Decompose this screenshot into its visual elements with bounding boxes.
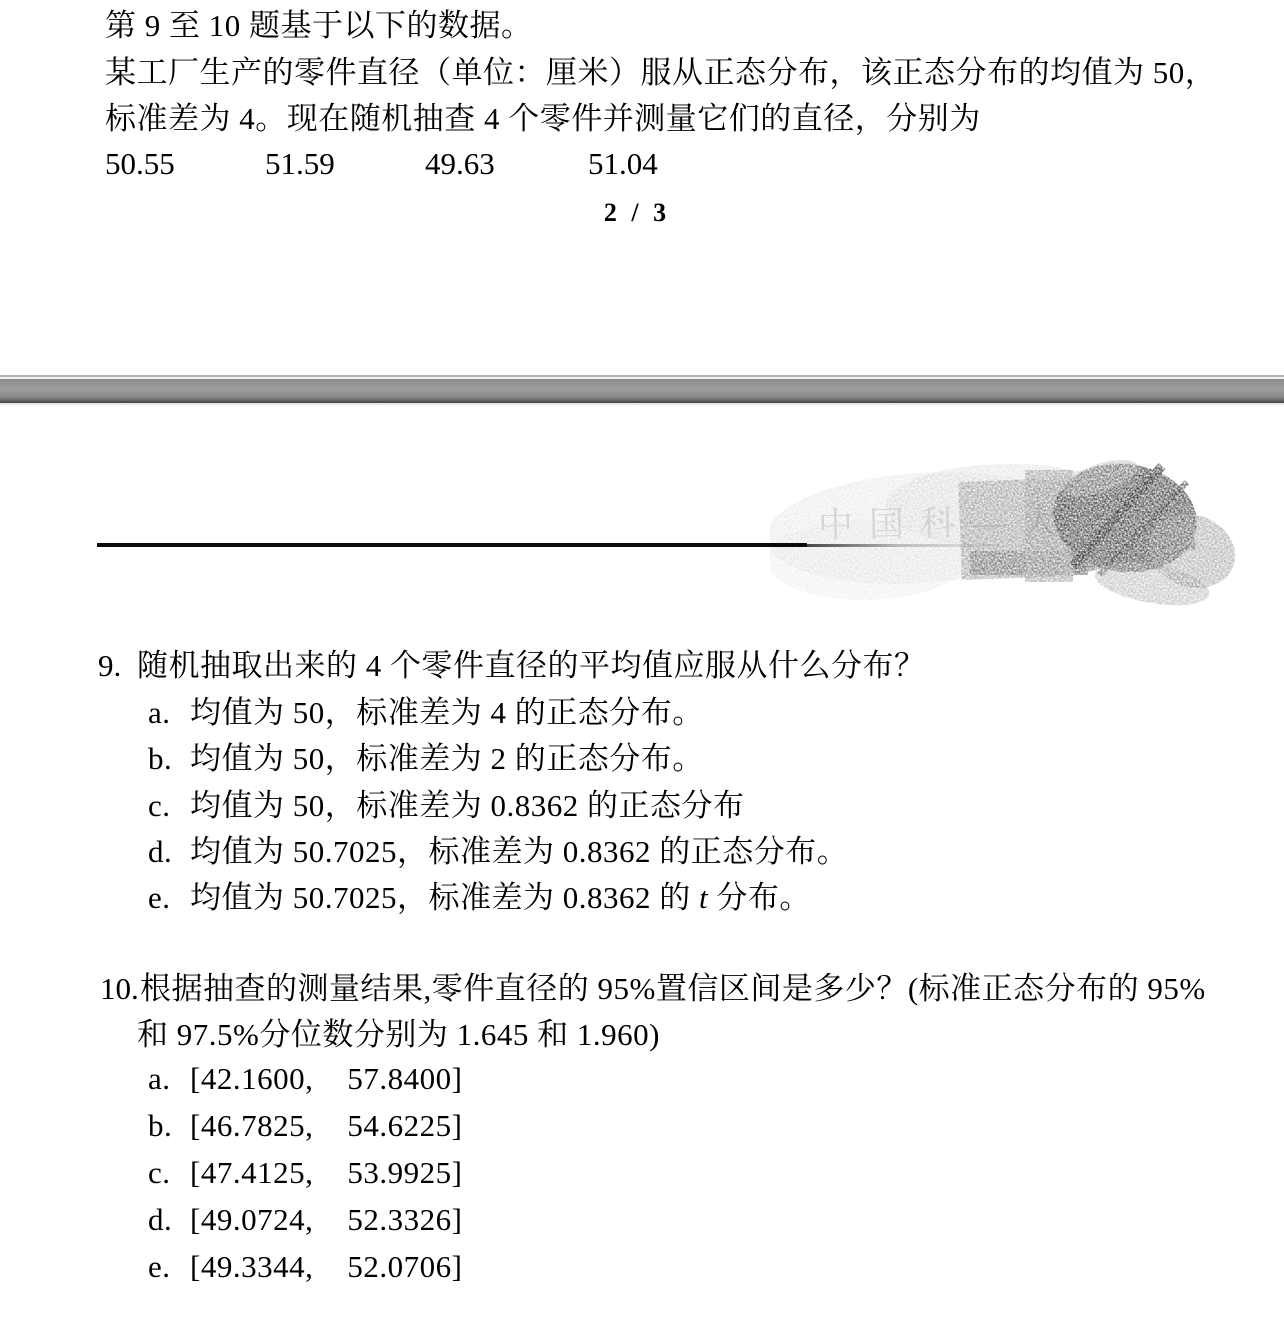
q9-option-d: d.均值为 50.7025，标准差为 0.8362 的正态分布。: [148, 829, 848, 875]
q10-option-c: c.[47.4125,53.9925]: [148, 1150, 462, 1196]
sample-values-row: 50.5551.5949.6351.04: [105, 141, 658, 187]
q10-option-b: b.[46.7825,54.6225]: [148, 1103, 462, 1149]
sample-value: 49.63: [425, 141, 588, 187]
document-page: 第 9 至 10 题基于以下的数据。 某工厂生产的零件直径（单位：厘米）服从正态…: [0, 0, 1284, 1324]
option-label: d.: [148, 829, 190, 875]
separator-bottom-line: [0, 403, 1284, 405]
sample-value: 51.59: [265, 141, 425, 187]
interval-upper: 53.9925]: [347, 1155, 462, 1190]
option-label: b.: [148, 736, 190, 782]
interval-lower: [49.0724,: [190, 1202, 313, 1237]
question-10-text-line-1: 根据抽查的测量结果,零件直径的 95%置信区间是多少？(标准正态分布的 95%: [140, 966, 1206, 1012]
q9-option-c: c.均值为 50，标准差为 0.8362 的正态分布: [148, 783, 745, 829]
interval-upper: 57.8400]: [347, 1061, 462, 1096]
option-label: c.: [148, 783, 190, 829]
option-label: b.: [148, 1103, 190, 1149]
pencil-smudge: [770, 448, 1250, 613]
sample-value: 50.55: [105, 141, 265, 187]
separator-bar: [0, 379, 1284, 403]
option-text: 均值为 50.7025，标准差为 0.8362 的: [190, 880, 699, 915]
interval-upper: 52.0706]: [347, 1249, 462, 1284]
interval-lower: [47.4125,: [190, 1155, 313, 1190]
horizontal-rule-fade: [807, 544, 1017, 547]
question-9-text: 随机抽取出来的 4 个零件直径的平均值应服从什么分布？: [137, 643, 926, 689]
page-separator: [0, 375, 1284, 405]
option-text-post: 分布。: [708, 880, 811, 915]
option-label: a.: [148, 690, 190, 736]
q9-option-e: e.均值为 50.7025，标准差为 0.8362 的 t 分布。: [148, 875, 811, 921]
q9-option-b: b.均值为 50，标准差为 2 的正态分布。: [148, 736, 704, 782]
question-10-text-line-2: 和 97.5%分位数分别为 1.645 和 1.960): [137, 1012, 660, 1058]
option-label: e.: [148, 1244, 190, 1290]
interval-upper: 52.3326]: [347, 1202, 462, 1237]
interval-upper: 54.6225]: [347, 1108, 462, 1143]
option-text-italic: t: [699, 880, 708, 915]
option-label: d.: [148, 1197, 190, 1243]
option-text: 均值为 50，标准差为 0.8362 的正态分布: [190, 788, 745, 823]
description-line-2: 标准差为 4。现在随机抽查 4 个零件并测量它们的直径，分别为: [105, 96, 981, 142]
option-label: e.: [148, 875, 190, 921]
option-text: 均值为 50，标准差为 4 的正态分布。: [190, 695, 704, 730]
option-label: a.: [148, 1056, 190, 1102]
question-10-number: 10.: [100, 966, 139, 1012]
question-9-number: 9.: [98, 643, 121, 689]
q10-option-d: d.[49.0724,52.3326]: [148, 1197, 462, 1243]
q9-option-a: a.均值为 50，标准差为 4 的正态分布。: [148, 690, 704, 736]
option-text: 均值为 50.7025，标准差为 0.8362 的正态分布。: [190, 834, 848, 869]
option-text: 均值为 50，标准差为 2 的正态分布。: [190, 741, 704, 776]
page-number: 2 / 3: [0, 190, 1274, 236]
intro-line: 第 9 至 10 题基于以下的数据。: [105, 3, 533, 49]
q10-option-e: e.[49.3344,52.0706]: [148, 1244, 462, 1290]
interval-lower: [42.1600,: [190, 1061, 313, 1096]
interval-lower: [49.3344,: [190, 1249, 313, 1284]
sample-value: 51.04: [588, 141, 658, 187]
horizontal-rule: [97, 543, 807, 547]
q10-option-a: a.[42.1600,57.8400]: [148, 1056, 462, 1102]
interval-lower: [46.7825,: [190, 1108, 313, 1143]
description-line-1: 某工厂生产的零件直径（单位：厘米）服从正态分布，该正态分布的均值为 50，: [105, 50, 1216, 96]
option-label: c.: [148, 1150, 190, 1196]
